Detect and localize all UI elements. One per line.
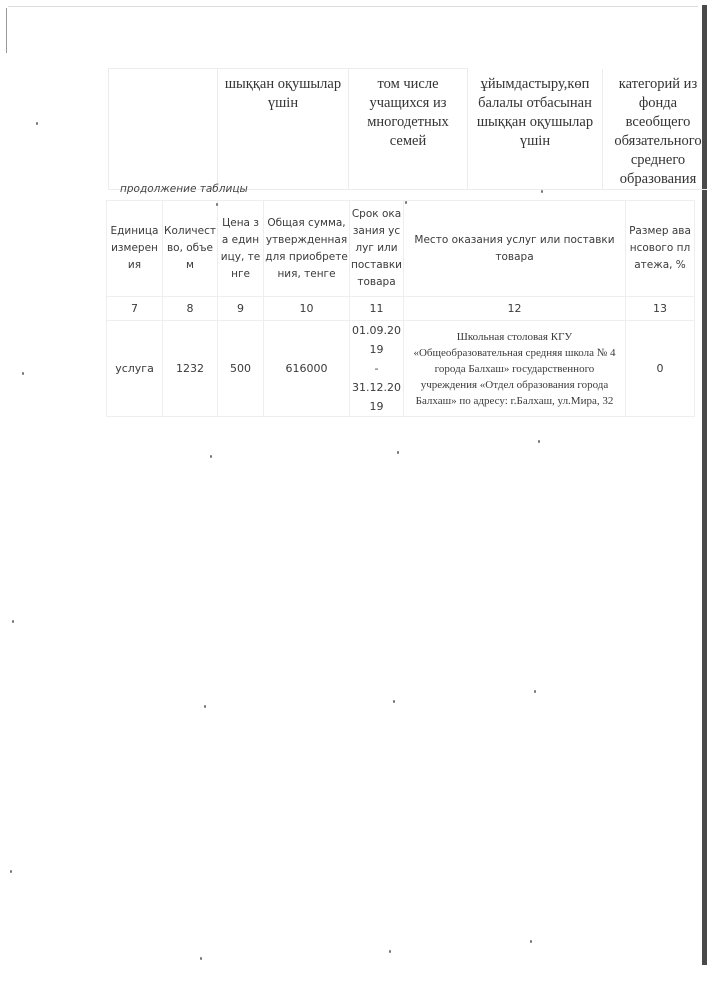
column-number: 10: [264, 297, 350, 321]
scan-speck: [405, 201, 407, 204]
upper-table-continuation: шыққан оқушылар үшін том числе учащихся …: [108, 68, 707, 190]
header-unit: Единица измерения: [107, 201, 163, 297]
header-row: Единица измерения Количество, объем Цена…: [107, 201, 695, 297]
scan-speck: [204, 705, 206, 708]
scan-speck: [210, 455, 212, 458]
column-number: 7: [107, 297, 163, 321]
upper-table-row: шыққан оқушылар үшін том числе учащихся …: [109, 69, 707, 190]
scan-artifact-top: [8, 6, 698, 7]
upper-cell-3: ұйымдастыру,көп балалы отбасынан шыққан …: [468, 69, 603, 190]
scan-speck: [22, 372, 24, 375]
upper-cell-0: [109, 69, 218, 190]
header-unit-price: Цена за единицу, тенге: [218, 201, 264, 297]
scan-speck: [389, 950, 391, 953]
upper-cell-4: категорий из фонда всеобщего обязательно…: [603, 69, 707, 190]
header-advance: Размер авансового платежа, %: [626, 201, 695, 297]
scan-speck: [12, 620, 14, 623]
scan-speck: [530, 940, 532, 943]
column-number-row: 7 8 9 10 11 12 13: [107, 297, 695, 321]
scan-speck: [538, 440, 540, 443]
cell-advance: 0: [626, 321, 695, 417]
column-number: 9: [218, 297, 264, 321]
header-total-sum: Общая сумма, утвержденная для приобретен…: [264, 201, 350, 297]
upper-cell-2: том числе учащихся из многодетных семей: [349, 69, 468, 190]
cell-total-sum: 616000: [264, 321, 350, 417]
period-separator: -: [351, 359, 402, 378]
column-number: 8: [163, 297, 218, 321]
scan-speck: [216, 203, 218, 206]
cell-period: 01.09.2019 - 31.12.2019: [350, 321, 404, 417]
cell-place: Школьная столовая КГУ «Общеобразовательн…: [404, 321, 626, 417]
scan-speck: [36, 122, 38, 125]
procurement-table: Единица измерения Количество, объем Цена…: [106, 200, 695, 417]
header-place: Место оказания услуг или поставки товара: [404, 201, 626, 297]
column-number: 11: [350, 297, 404, 321]
table-row: услуга 1232 500 616000 01.09.2019 - 31.1…: [107, 321, 695, 417]
upper-cell-1: шыққан оқушылар үшін: [218, 69, 349, 190]
header-quantity: Количество, объем: [163, 201, 218, 297]
cell-unit: услуга: [107, 321, 163, 417]
continuation-label: продолжение таблицы: [120, 183, 248, 195]
period-start: 01.09.2019: [351, 321, 402, 359]
cell-unit-price: 500: [218, 321, 264, 417]
scan-speck: [10, 870, 12, 873]
header-period: Срок оказания услуг или поставки товара: [350, 201, 404, 297]
cell-quantity: 1232: [163, 321, 218, 417]
scan-speck: [534, 690, 536, 693]
column-number: 12: [404, 297, 626, 321]
column-number: 13: [626, 297, 695, 321]
scan-speck: [393, 700, 395, 703]
scan-speck: [397, 451, 399, 454]
period-end: 31.12.2019: [351, 378, 402, 416]
scan-speck: [200, 957, 202, 960]
scan-speck: [541, 190, 543, 193]
scan-artifact-left: [6, 8, 7, 53]
